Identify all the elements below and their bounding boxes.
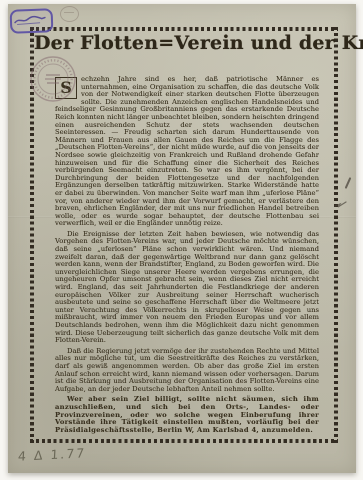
scan-background: Der Flotten=Verein und der Krieg Sechzeh…	[0, 0, 363, 480]
paragraph-4: Wer aber sein Ziel billigt, sollte nicht…	[55, 396, 319, 434]
paragraph-1: Sechzehn Jahre sind es her, daß patrioti…	[55, 76, 319, 228]
page-title: Der Flotten=Verein und der Krieg	[34, 32, 334, 54]
paragraph-3: Daß die Regierung jetzt vermöge der ihr …	[55, 348, 319, 394]
paragraph-1-text: echzehn Jahre sind es her, daß patriotis…	[55, 75, 319, 227]
pencil-check-icon	[334, 200, 348, 208]
ornamental-border-right	[334, 27, 338, 443]
body-text: Sechzehn Jahre sind es her, daß patrioti…	[55, 76, 319, 437]
faint-round-stamp-icon	[60, 6, 79, 22]
ornamental-border-top	[30, 27, 338, 31]
document-paper: Der Flotten=Verein und der Krieg Sechzeh…	[8, 4, 356, 473]
purple-frame-stamp-icon	[10, 8, 54, 33]
paragraph-2: Die Ereignisse der letzten Zeit haben be…	[55, 231, 319, 345]
shelf-mark-handwriting: 4 Δ 1.77	[18, 445, 87, 464]
circular-library-stamp-icon	[28, 54, 78, 104]
ornamental-border-bottom	[30, 439, 338, 443]
pencil-mark-icon	[345, 177, 352, 189]
signature-scribble-icon	[13, 12, 47, 27]
